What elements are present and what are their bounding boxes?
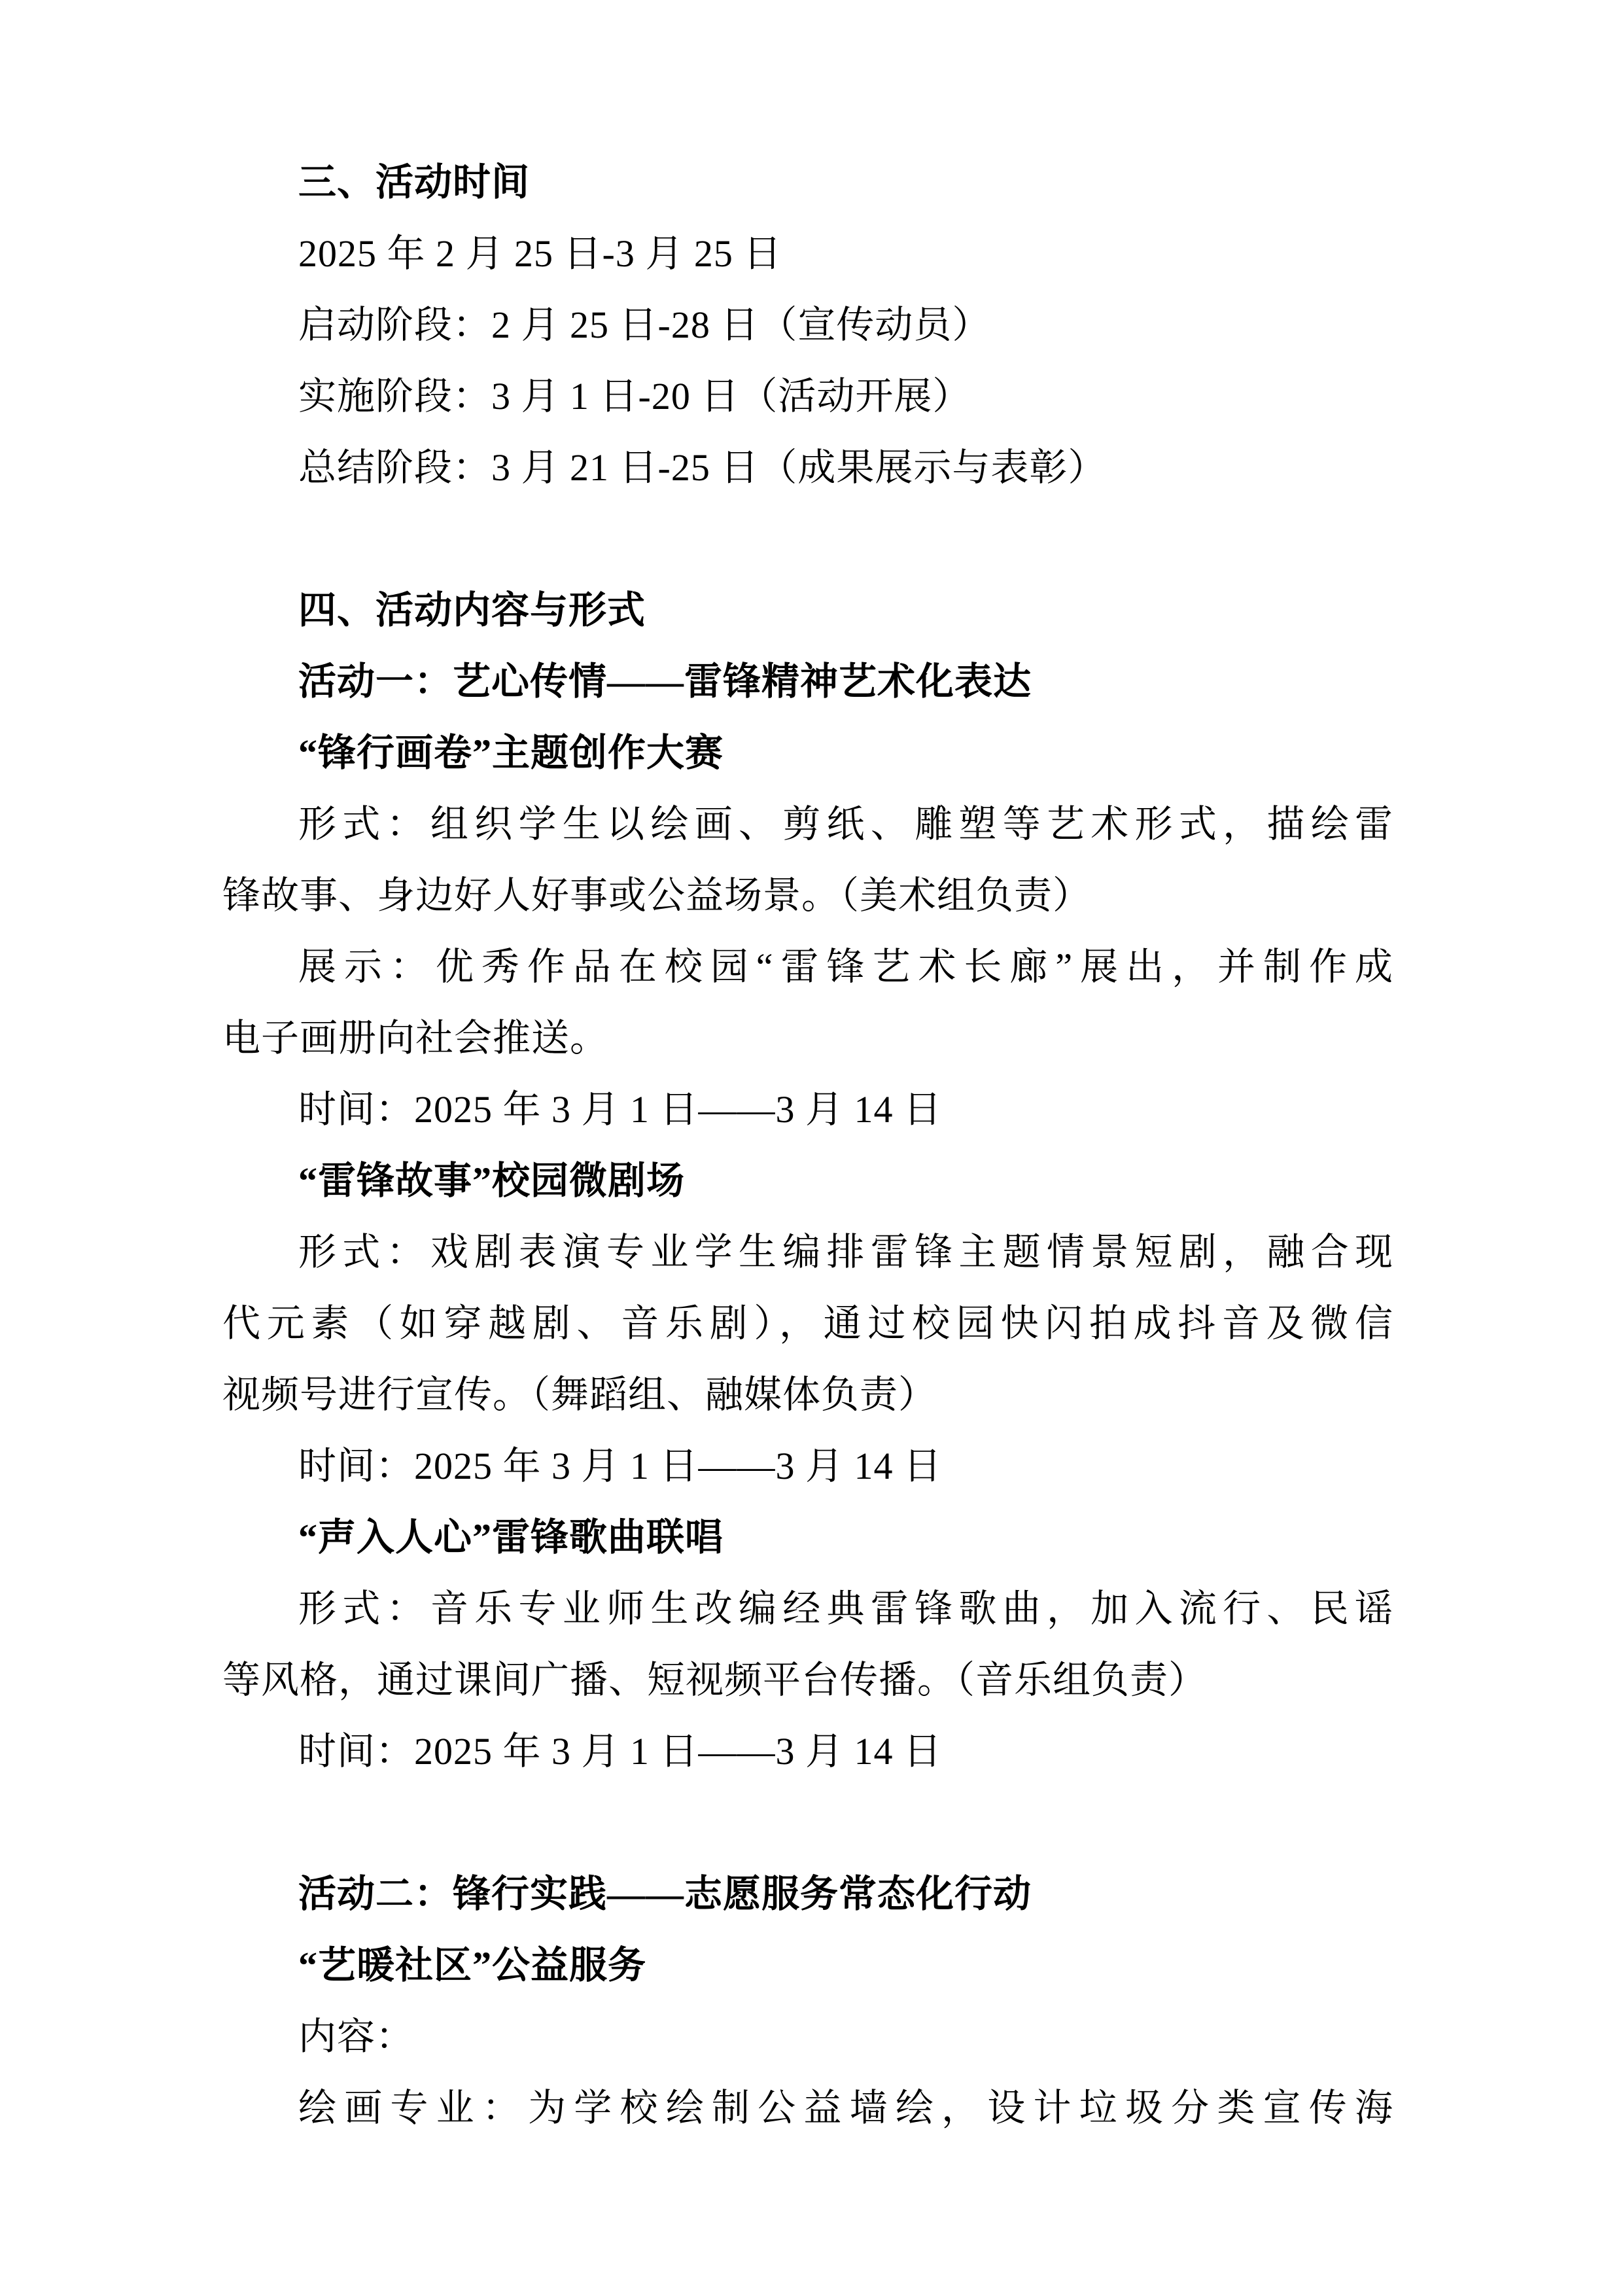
- heading-line: “雷锋故事”校园微剧场: [222, 1145, 1393, 1216]
- body-line: 形式：戏剧表演专业学生编排雷锋主题情景短剧，融合现: [222, 1216, 1393, 1288]
- heading-line: “艺暖社区”公益服务: [222, 1930, 1393, 2001]
- body-line: 绘画专业：为学校绘制公益墙绘，设计垃圾分类宣传海: [222, 2072, 1393, 2144]
- document-page: 三、活动时间2025 年 2 月 25 日-3 月 25 日启动阶段：2 月 2…: [0, 0, 1623, 2296]
- body-line: 形式：音乐专业师生改编经典雷锋歌曲，加入流行、民谣: [222, 1573, 1393, 1644]
- heading-line: 活动一：艺心传情——雷锋精神艺术化表达: [222, 646, 1393, 717]
- body-line: 形式：组织学生以绘画、剪纸、雕塑等艺术形式，描绘雷: [222, 788, 1393, 860]
- body-line: 总结阶段：3 月 21 日-25 日（成果展示与表彰）: [222, 432, 1393, 503]
- body-line: 视频号进行宣传。（舞蹈组、融媒体负责）: [222, 1359, 1393, 1430]
- heading-line: “锋行画卷”主题创作大赛: [222, 717, 1393, 788]
- body-line: 实施阶段：3 月 1 日-20 日（活动开展）: [222, 361, 1393, 432]
- heading-line: 四、活动内容与形式: [222, 574, 1393, 646]
- body-line: 展示：优秀作品在校园“雷锋艺术长廊”展出，并制作成: [222, 931, 1393, 1002]
- body-line: 时间：2025 年 3 月 1 日——3 月 14 日: [222, 1074, 1393, 1145]
- heading-line: 三、活动时间: [222, 147, 1393, 218]
- body-line: 内容：: [222, 2001, 1393, 2072]
- body-line: 代元素（如穿越剧、音乐剧），通过校园快闪拍成抖音及微信: [222, 1288, 1393, 1359]
- body-line: 等风格，通过课间广播、短视频平台传播。（音乐组负责）: [222, 1644, 1393, 1716]
- body-line: 启动阶段：2 月 25 日-28 日（宣传动员）: [222, 289, 1393, 361]
- heading-line: “声入人心”雷锋歌曲联唱: [222, 1502, 1393, 1573]
- blank-line: [222, 1787, 1393, 1858]
- body-line: 2025 年 2 月 25 日-3 月 25 日: [222, 218, 1393, 289]
- body-line: 电子画册向社会推送。: [222, 1002, 1393, 1074]
- body-line: 时间：2025 年 3 月 1 日——3 月 14 日: [222, 1716, 1393, 1787]
- body-line: 时间：2025 年 3 月 1 日——3 月 14 日: [222, 1430, 1393, 1502]
- body-line: 锋故事、身边好人好事或公益场景。（美术组负责）: [222, 860, 1393, 931]
- document-body: 三、活动时间2025 年 2 月 25 日-3 月 25 日启动阶段：2 月 2…: [222, 147, 1393, 2144]
- heading-line: 活动二：锋行实践——志愿服务常态化行动: [222, 1858, 1393, 1930]
- blank-line: [222, 503, 1393, 574]
